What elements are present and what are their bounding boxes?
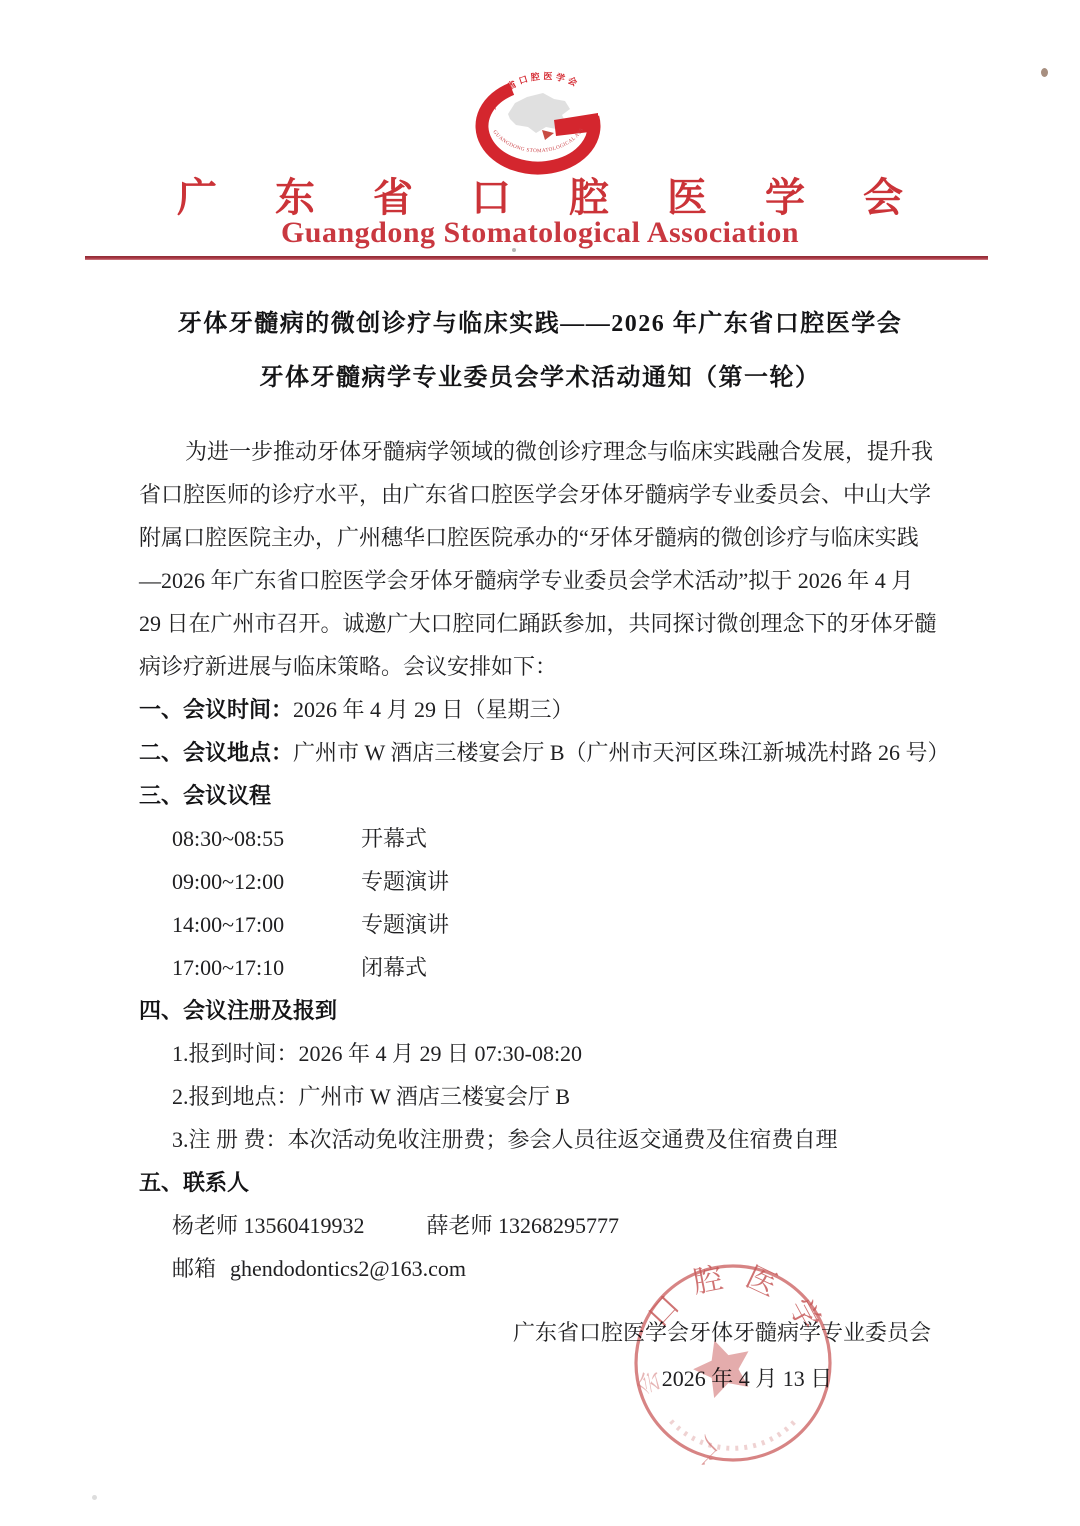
document-title: 牙体牙髓病的微创诊疗与临床实践——2026 年广东省口腔医学会 牙体牙髓病学专业… [0, 297, 1080, 405]
section-agenda: 三、会议议程 [139, 774, 939, 817]
intro-line: 为进一步推动牙体牙髓病学领域的微创诊疗理念与临床实践融合发展，提升我 [139, 430, 939, 473]
contact-person: 薛老师 13268295777 [427, 1213, 620, 1238]
scan-speck [1041, 68, 1048, 77]
email-row: 邮箱ghendodontics2@163.com [139, 1247, 939, 1290]
section-value: 广州市 W 酒店三楼宴会厅 B（广州市天河区珠江新城冼村路 26 号） [293, 740, 950, 765]
agenda-item: 闭幕式 [361, 955, 427, 980]
document-title-line2: 牙体牙髓病学专业委员会学术活动通知（第一轮） [0, 351, 1080, 405]
section-registration: 四、会议注册及报到 [139, 989, 939, 1032]
header-rule [85, 256, 988, 260]
agenda-row: 08:30~08:55开幕式 [139, 817, 939, 860]
agenda-item: 开幕式 [361, 826, 427, 851]
association-logo-icon: 广东省口腔医学会 GUANGDONG STOMATOLOGICAL ASSOCI… [470, 70, 610, 178]
email-label: 邮箱 [172, 1256, 216, 1281]
org-name-en: Guangdong Stomatological Association [0, 216, 1080, 250]
scan-speck [512, 248, 516, 252]
registration-item: 3.注 册 费：本次活动免收注册费；参会人员往返交通费及住宿费自理 [139, 1118, 939, 1161]
document-title-line1: 牙体牙髓病的微创诊疗与临床实践——2026 年广东省口腔医学会 [0, 297, 1080, 351]
intro-line: 省口腔医师的诊疗水平，由广东省口腔医学会牙体牙髓病学专业委员会、中山大学 [139, 473, 939, 516]
section-meeting-place: 二、会议地点：广州市 W 酒店三楼宴会厅 B（广州市天河区珠江新城冼村路 26 … [139, 731, 939, 774]
org-name-zh: 广 东 省 口 腔 医 学 会 [0, 166, 1080, 223]
seal-char: 广 [684, 1431, 723, 1470]
intro-line: 29 日在广州市召开。诚邀广大口腔同仁踊跃参加，共同探讨微创理念下的牙体牙髓 [139, 602, 939, 645]
contact-person: 杨老师 13560419932 [172, 1213, 365, 1238]
agenda-time: 14:00~17:00 [172, 903, 304, 946]
section-label: 三、会议议程 [139, 783, 271, 808]
agenda-item: 专题演讲 [361, 869, 449, 894]
signature-org: 广东省口腔医学会牙体牙髓病学专业委员会 [507, 1310, 937, 1356]
agenda-time: 17:00~17:10 [172, 946, 304, 989]
intro-line: —2026 年广东省口腔医学会牙体牙髓病学专业委员会学术活动”拟于 2026 年… [139, 559, 939, 602]
section-contacts: 五、联系人 [139, 1161, 939, 1204]
agenda-row: 09:00~12:00专题演讲 [139, 860, 939, 903]
logo-g-swoosh-icon: 广东省口腔医学会 GUANGDONG STOMATOLOGICAL ASSOCI… [470, 70, 610, 178]
agenda-row: 17:00~17:10闭幕式 [139, 946, 939, 989]
intro-line: 病诊疗新进展与临床策略。会议安排如下： [139, 645, 939, 688]
agenda-row: 14:00~17:00专题演讲 [139, 903, 939, 946]
signature-date: 2026 年 4 月 13 日 [507, 1356, 937, 1402]
section-label: 五、联系人 [139, 1170, 249, 1195]
scan-speck [92, 1495, 97, 1500]
section-value: 2026 年 4 月 29 日（星期三） [293, 697, 574, 722]
document-body: 为进一步推动牙体牙髓病学领域的微创诊疗理念与临床实践融合发展，提升我 省口腔医师… [139, 430, 939, 1290]
registration-item: 2.报到地点：广州市 W 酒店三楼宴会厅 B [139, 1075, 939, 1118]
agenda-item: 专题演讲 [361, 912, 449, 937]
agenda-time: 09:00~12:00 [172, 860, 304, 903]
email-address: ghendodontics2@163.com [230, 1256, 466, 1281]
section-label: 二、会议地点： [139, 740, 293, 765]
agenda-time: 08:30~08:55 [172, 817, 304, 860]
section-label: 四、会议注册及报到 [139, 998, 337, 1023]
section-meeting-time: 一、会议时间：2026 年 4 月 29 日（星期三） [139, 688, 939, 731]
intro-line: 附属口腔医院主办，广州穗华口腔医院承办的“牙体牙髓病的微创诊疗与临床实践 [139, 516, 939, 559]
registration-item: 1.报到时间：2026 年 4 月 29 日 07:30-08:20 [139, 1032, 939, 1075]
map-pointer-icon [542, 130, 554, 140]
signature-block: 广东省口腔医学会牙体牙髓病学专业委员会 2026 年 4 月 13 日 [507, 1310, 937, 1402]
section-label: 一、会议时间： [139, 697, 293, 722]
contact-row: 杨老师 13560419932薛老师 13268295777 [139, 1204, 939, 1247]
